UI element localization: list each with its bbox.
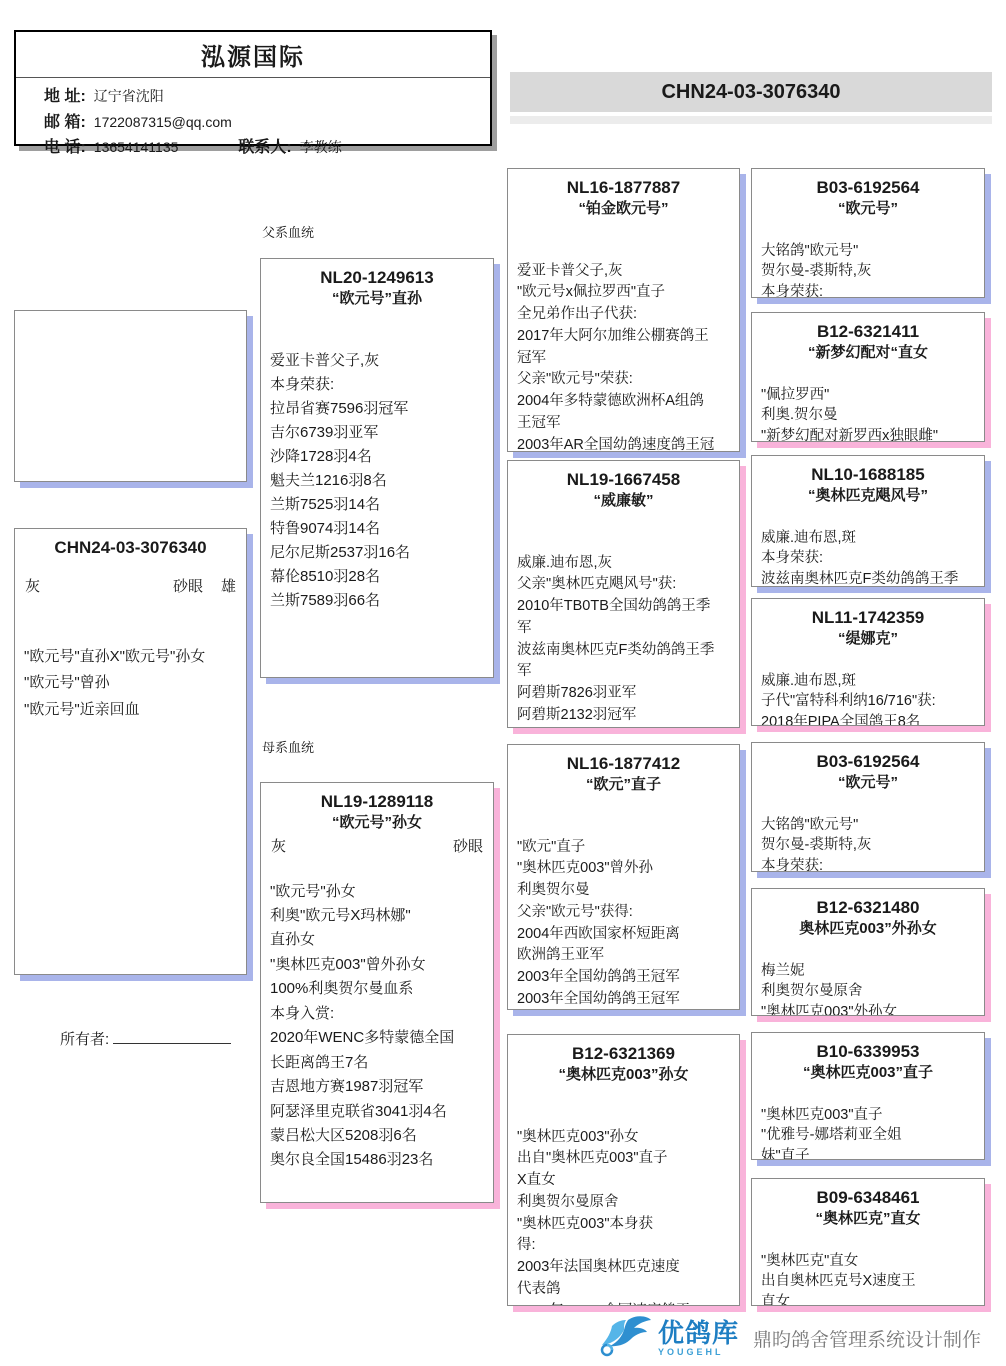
subject-color-row: 灰 砂眼雄 — [15, 575, 246, 596]
photo-box — [14, 310, 247, 482]
ggp7-name: “奥林匹克003”直子 — [752, 1063, 984, 1083]
father-notes: 爱亚卡普父子,灰 本身荣获: 拉昂省赛7596羽冠军 吉尔6739羽亚军 沙降1… — [261, 349, 493, 613]
contact-value: 李教练 — [300, 139, 342, 155]
ggp1-name: “欧元号” — [752, 199, 984, 219]
logo-subtitle: YOUGEHL — [658, 1348, 739, 1357]
mother-notes: "欧元号"孙女 利奥"欧元号X玛林娜" 直孙女 "奥林匹克003"曾外孙女 10… — [261, 880, 493, 1173]
father-card: NL20-1249613 “欧元号”直孙 爱亚卡普父子,灰 本身荣获: 拉昂省赛… — [260, 258, 494, 678]
subject-sex: 雄 — [221, 578, 236, 595]
grandfather-paternal-card: NL16-1877887 “铂金欧元号” 爱亚卡普父子,灰 "欧元号x佩拉罗西"… — [507, 168, 740, 452]
phone-label: 电 话: — [44, 139, 86, 156]
gp2-notes: 威廉.迪布恩,灰 父亲"奥林匹克飓风号"获: 2010年TB0TB全国幼鸽鸽王季… — [508, 553, 739, 727]
gp3-name: “欧元”直子 — [508, 775, 739, 795]
company-email-row: 邮 箱:1722087315@qq.com — [44, 110, 490, 136]
ggp6-notes: 梅兰妮 利奥贺尔曼原舍 "奥林匹克003"外孙女 — [752, 961, 984, 1016]
ggp3-ring: NL10-1688185 — [752, 464, 984, 486]
email-value: 1722087315@qq.com — [94, 114, 232, 130]
company-divider — [16, 77, 490, 78]
ggp3-notes: 威廉.迪布恩,斑 本身荣获: 波兹南奥林匹克F类幼鸽鸽王季 — [752, 528, 984, 587]
gp1-name: “铂金欧元号” — [508, 199, 739, 219]
mother-name: “欧元号”孙女 — [261, 813, 493, 833]
ggp5-notes: 大铭鸽"欧元号" 贺尔曼-裘斯特,灰 本身荣获: — [752, 815, 984, 872]
mother-card: NL19-1289118 “欧元号”孙女 灰 砂眼 "欧元号"孙女 利奥"欧元号… — [260, 782, 494, 1203]
mother-ring: NL19-1289118 — [261, 791, 493, 813]
great-grandparent-card-4: NL11-1742359 “缇娜克” 威廉.迪布恩,斑 子代"富特科利纳16/7… — [751, 598, 985, 726]
grandmother-paternal-card: NL19-1667458 “威廉敏” 威廉.迪布恩,灰 父亲"奥林匹克飓风号"获… — [507, 460, 740, 728]
mother-eye: 砂眼 — [453, 835, 483, 856]
father-ring: NL20-1249613 — [261, 267, 493, 289]
ring-banner: CHN24-03-3076340 — [510, 72, 992, 112]
owner-blank — [113, 1029, 231, 1044]
great-grandparent-card-1: B03-6192564 “欧元号” 大铭鸽"欧元号" 贺尔曼-裘斯特,灰 本身荣… — [751, 168, 985, 298]
company-address-row: 地 址:辽宁省沈阳 — [44, 84, 490, 110]
owner-label: 所有者: — [60, 1031, 109, 1048]
mother-color: 灰 — [271, 835, 286, 856]
footer: 优鸽库 YOUGEHL 鼎昀鸽舍管理系统设计制作 — [598, 1314, 981, 1363]
company-name: 泓源国际 — [16, 32, 490, 72]
subject-eye-sex: 砂眼雄 — [155, 575, 236, 596]
ggp8-notes: "奥林匹克"直女 出自奥林匹克号X速度王 直女 — [752, 1251, 984, 1306]
ggp7-notes: "奥林匹克003"直子 "优雅号-娜塔莉亚全姐 妹"直子 — [752, 1105, 984, 1160]
ggp8-ring: B09-6348461 — [752, 1187, 984, 1209]
address-label: 地 址: — [44, 88, 86, 105]
logo-name: 优鸽库 — [658, 1320, 739, 1346]
ggp6-ring: B12-6321480 — [752, 897, 984, 919]
grandmother-maternal-card: B12-6321369 “奥林匹克003”孙女 "奥林匹克003"孙女 出自"奥… — [507, 1034, 740, 1306]
great-grandparent-card-2: B12-6321411 “新梦幻配对“直女 "佩拉罗西" 利奥.贺尔曼 "新梦幻… — [751, 312, 985, 442]
ggp1-notes: 大铭鸽"欧元号" 贺尔曼-裘斯特,灰 本身荣获: — [752, 241, 984, 298]
gp4-name: “奥林匹克003”孙女 — [508, 1065, 739, 1085]
contact-label: 联系人: — [238, 139, 291, 156]
subject-card: CHN24-03-3076340 灰 砂眼雄 "欧元号"直孙X"欧元号"孙女 "… — [14, 528, 247, 975]
yougehl-logo-icon — [598, 1314, 652, 1363]
great-grandparent-card-6: B12-6321480 奥林匹克003”外孙女 梅兰妮 利奥贺尔曼原舍 "奥林匹… — [751, 888, 985, 1016]
gp4-ring: B12-6321369 — [508, 1043, 739, 1065]
ggp3-name: “奥林匹克飓风号” — [752, 486, 984, 506]
logo-text-block: 优鸽库 YOUGEHL — [658, 1320, 739, 1357]
company-rows: 地 址:辽宁省沈阳 邮 箱:1722087315@qq.com 电 话:1365… — [16, 84, 490, 161]
pedigree-page: 泓源国际 地 址:辽宁省沈阳 邮 箱:1722087315@qq.com 电 话… — [0, 0, 1006, 1366]
ggp1-ring: B03-6192564 — [752, 177, 984, 199]
subject-color: 灰 — [25, 575, 40, 596]
great-grandparent-card-5: B03-6192564 “欧元号” 大铭鸽"欧元号" 贺尔曼-裘斯特,灰 本身荣… — [751, 742, 985, 872]
gp2-name: “威廉敏” — [508, 491, 739, 511]
gp3-notes: "欧元"直子 "奥林匹克003"曾外孙 利奥贺尔曼 父亲"欧元号"获得: 200… — [508, 837, 739, 1010]
paternal-label: 父系血统 — [262, 222, 314, 241]
gp1-notes: 爱亚卡普父子,灰 "欧元号x佩拉罗西"直子 全兄弟作出子代获: 2017年大阿尔… — [508, 261, 739, 452]
great-grandparent-card-7: B10-6339953 “奥林匹克003”直子 "奥林匹克003"直子 "优雅号… — [751, 1032, 985, 1160]
address-value: 辽宁省沈阳 — [94, 88, 164, 104]
father-name: “欧元号”直孙 — [261, 289, 493, 309]
great-grandparent-card-3: NL10-1688185 “奥林匹克飓风号” 威廉.迪布恩,斑 本身荣获: 波兹… — [751, 455, 985, 587]
gp1-ring: NL16-1877887 — [508, 177, 739, 199]
ggp4-notes: 威廉.迪布恩,斑 子代"富特科利纳16/716"获: 2018年PIPA全国鸽王… — [752, 671, 984, 726]
subject-notes: "欧元号"直孙X"欧元号"孙女 "欧元号"曾孙 "欧元号"近亲回血 — [15, 644, 246, 723]
email-label: 邮 箱: — [44, 114, 86, 131]
subject-eye: 砂眼 — [173, 578, 203, 595]
footer-credit: 鼎昀鸽舍管理系统设计制作 — [753, 1325, 981, 1352]
ggp5-name: “欧元号” — [752, 773, 984, 793]
subject-ring: CHN24-03-3076340 — [15, 537, 246, 559]
ring-banner-underbar — [510, 116, 992, 124]
ggp2-ring: B12-6321411 — [752, 321, 984, 343]
ggp8-name: “奥林匹克”直女 — [752, 1209, 984, 1229]
mother-color-row: 灰 砂眼 — [261, 835, 493, 856]
ggp7-ring: B10-6339953 — [752, 1041, 984, 1063]
grandfather-maternal-card: NL16-1877412 “欧元”直子 "欧元"直子 "奥林匹克003"曾外孙 … — [507, 744, 740, 1010]
gp2-ring: NL19-1667458 — [508, 469, 739, 491]
owner-line: 所有者: — [60, 1028, 231, 1049]
gp3-ring: NL16-1877412 — [508, 753, 739, 775]
ggp6-name: 奥林匹克003”外孙女 — [752, 919, 984, 939]
gp4-notes: "奥林匹克003"孙女 出自"奥林匹克003"直子 X直女 利奥贺尔曼原舍 "奥… — [508, 1127, 739, 1306]
phone-value: 13654141135 — [94, 139, 179, 155]
company-phone-row: 电 话:13654141135联系人:李教练 — [44, 135, 490, 161]
ggp4-ring: NL11-1742359 — [752, 607, 984, 629]
ggp4-name: “缇娜克” — [752, 629, 984, 649]
ggp5-ring: B03-6192564 — [752, 751, 984, 773]
ggp2-name: “新梦幻配对“直女 — [752, 343, 984, 363]
great-grandparent-card-8: B09-6348461 “奥林匹克”直女 "奥林匹克"直女 出自奥林匹克号X速度… — [751, 1178, 985, 1306]
ggp2-notes: "佩拉罗西" 利奥.贺尔曼 "新梦幻配对新罗西x独眼雌" — [752, 385, 984, 442]
maternal-label: 母系血统 — [262, 737, 314, 756]
company-card: 泓源国际 地 址:辽宁省沈阳 邮 箱:1722087315@qq.com 电 话… — [14, 30, 492, 146]
